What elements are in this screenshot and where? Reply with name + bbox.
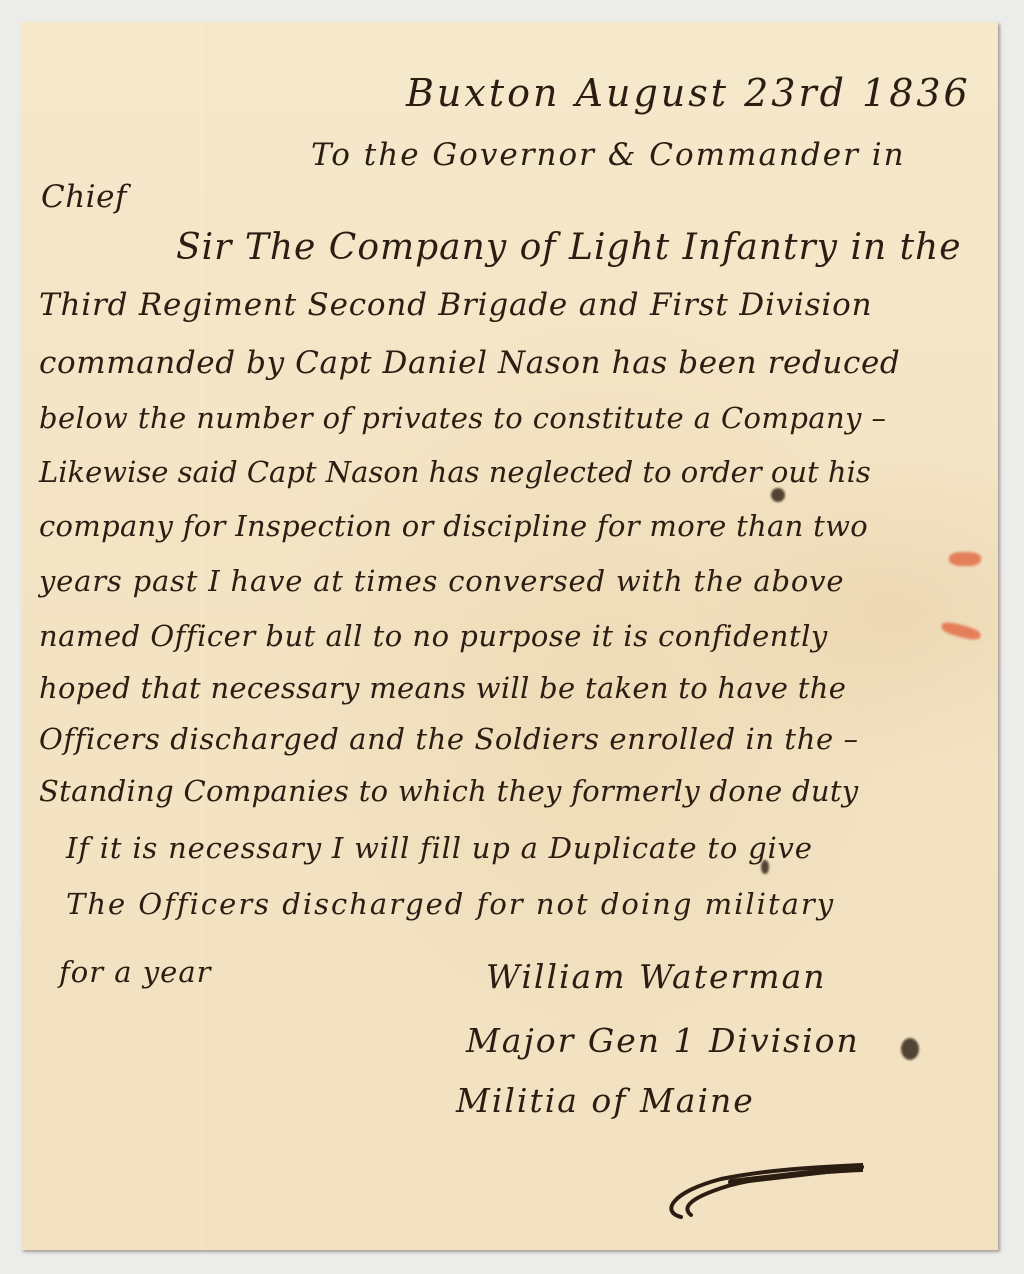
signature-title: Major Gen 1 Division	[466, 1024, 860, 1057]
place-date: Buxton August 23rd 1836	[406, 74, 971, 112]
body-line-9: hoped that necessary means will be taken…	[39, 674, 846, 703]
ink-blot-3	[901, 1038, 919, 1060]
salutation-line-1: To the Governor & Commander in	[311, 140, 906, 171]
body-line-8: named Officer but all to no purpose it i…	[39, 622, 828, 651]
red-stain-upper	[949, 552, 981, 566]
body-line-1: Sir The Company of Light Infantry in the	[176, 230, 962, 266]
signature-flourish	[661, 1157, 881, 1227]
signature-org: Militia of Maine	[456, 1084, 755, 1117]
body-line-4: below the number of privates to constitu…	[39, 404, 886, 433]
red-stain-lower	[940, 620, 982, 642]
body-line-10: Officers discharged and the Soldiers enr…	[39, 725, 859, 754]
body-line-13: The Officers discharged for not doing mi…	[66, 890, 835, 919]
body-line-2: Third Regiment Second Brigade and First …	[39, 290, 872, 321]
body-line-6: company for Inspection or discipline for…	[39, 512, 868, 541]
body-line-5: Likewise said Capt Nason has neglected t…	[39, 458, 871, 487]
letter-page: Buxton August 23rd 1836 To the Governor …	[21, 22, 998, 1250]
body-line-7: years past I have at times conversed wit…	[39, 567, 844, 596]
salutation-line-2: Chief	[41, 182, 127, 213]
body-line-12: If it is necessary I will fill up a Dupl…	[66, 834, 813, 863]
signature-name: William Waterman	[486, 960, 827, 993]
body-line-3: commanded by Capt Daniel Nason has been …	[39, 348, 900, 379]
ink-blot-1	[771, 488, 785, 502]
ink-blot-2	[761, 860, 769, 874]
body-line-14: for a year	[59, 958, 211, 987]
body-line-11: Standing Companies to which they formerl…	[39, 777, 858, 806]
